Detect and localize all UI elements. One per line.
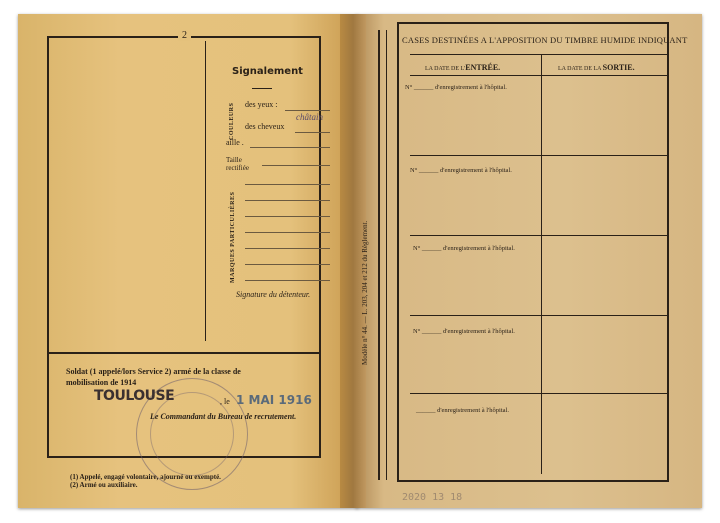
- section-divider: [47, 352, 319, 354]
- title-rule: [252, 88, 272, 89]
- column-header-small: LA DATE DE LA: [558, 66, 603, 72]
- archive-number: 2020 13 18: [402, 492, 462, 503]
- right-margin-rule: [378, 30, 380, 480]
- footnote-1: (1) Appelé, engagé volontaire, ajourné o…: [70, 473, 221, 481]
- right-margin-rule-thin: [386, 30, 387, 480]
- row-rule: [410, 315, 668, 316]
- le-label: , le: [220, 397, 230, 406]
- taille-rectifiee-line: [262, 165, 330, 166]
- hospital-row-4: N° ______ d'enregistrement à l'hôpital.: [413, 328, 515, 335]
- cheveux-label: des cheveux: [245, 122, 284, 131]
- column-header-big: SORTIE.: [603, 63, 635, 72]
- marques-line: [245, 232, 330, 233]
- hospital-row-2: N° ______ d'enregistrement à l'hôpital.: [410, 167, 512, 174]
- column-header-sortie: LA DATE DE LA SORTIE.: [558, 63, 635, 72]
- signalement-title: Signalement: [232, 66, 303, 77]
- column-header-entree: LA DATE DE L'ENTRÉE.: [425, 63, 500, 72]
- taille-label: aille .: [226, 138, 244, 147]
- page-number: 2: [178, 30, 191, 41]
- header-rule: [410, 54, 668, 55]
- yeux-line: [285, 110, 330, 111]
- hospital-row-1: N° ______ d'enregistrement à l'hôpital.: [405, 84, 507, 91]
- signature-label: Signature du détenteur.: [236, 290, 310, 299]
- marques-line: [245, 184, 330, 185]
- cheveux-line: [295, 132, 330, 133]
- taille-rectifiee-label: Taille rectifiée: [226, 156, 256, 172]
- row-rule: [410, 393, 668, 394]
- column-header-small: LA DATE DE L': [425, 66, 465, 72]
- yeux-label: des yeux :: [245, 100, 277, 109]
- hospital-row-5: ______ d'enregistrement à l'hôpital.: [416, 407, 509, 414]
- hospital-row-3: N° ______ d'enregistrement à l'hôpital.: [413, 245, 515, 252]
- column-divider: [541, 54, 542, 474]
- handwritten-color: châtain: [296, 112, 323, 122]
- marques-line: [245, 248, 330, 249]
- column-header-big: ENTRÉE.: [465, 63, 500, 72]
- footnotes: (1) Appelé, engagé volontaire, ajourné o…: [70, 473, 221, 489]
- column-header-rule: [410, 75, 668, 76]
- commandant-label: Le Commandant du Bureau de recrutement.: [150, 412, 296, 421]
- soldat-line-2: mobilisation de 1914: [66, 378, 136, 387]
- marques-line: [245, 264, 330, 265]
- couleurs-label: COULEURS: [229, 100, 235, 140]
- model-number-text: Modèle n° 44. — L. 203, 204 et 212 du Rè…: [361, 150, 369, 365]
- marques-line: [245, 216, 330, 217]
- stamp-boxes-header: CASES DESTINÉES A L'APPOSITION DU TIMBRE…: [402, 35, 688, 45]
- taille-line: [250, 147, 330, 148]
- footnote-2: (2) Armé ou auxiliaire.: [70, 481, 138, 489]
- city-stamp: TOULOUSE: [94, 388, 174, 404]
- marques-line: [245, 200, 330, 201]
- date-stamp: 1 MAI 1916: [236, 393, 312, 407]
- marques-line: [245, 280, 330, 281]
- soldat-line-1: Soldat (1 appelé/lors Service 2) armé de…: [66, 367, 241, 376]
- marques-label: MARQUES PARTICULIÈRES: [230, 188, 236, 283]
- row-rule: [410, 155, 668, 156]
- row-rule: [410, 235, 668, 236]
